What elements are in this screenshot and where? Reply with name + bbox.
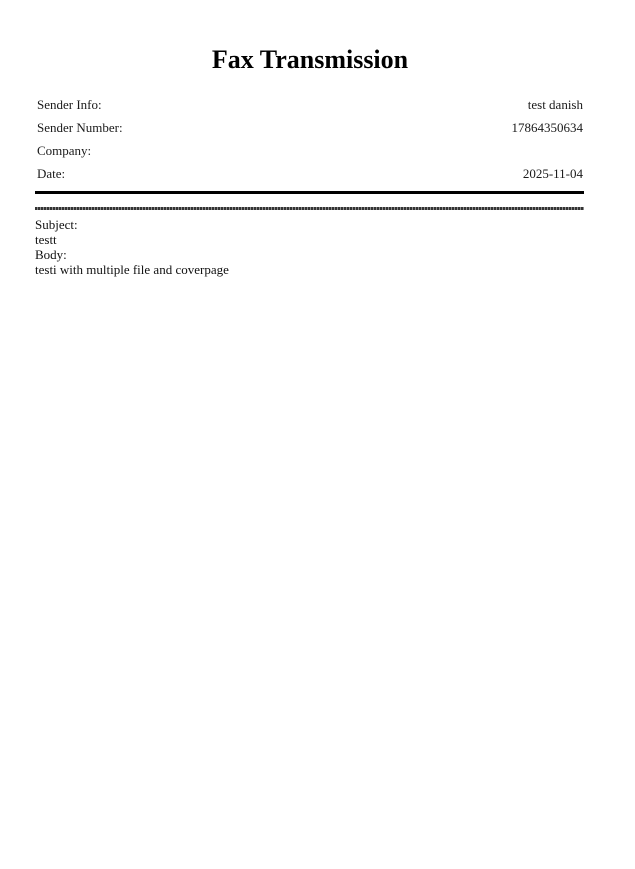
- date-value: 2025-11-04: [523, 164, 583, 184]
- message-section: Subject: testt Body: testi with multiple…: [35, 217, 229, 277]
- body-text: testi with multiple file and coverpage: [35, 262, 229, 277]
- sender-number-value: 17864350634: [512, 118, 584, 138]
- message-divider: [35, 207, 584, 210]
- info-row-sender-info: Sender Info: test danish: [37, 95, 583, 118]
- sender-number-label: Sender Number:: [37, 118, 123, 138]
- date-label: Date:: [37, 164, 65, 184]
- subject-text: testt: [35, 232, 229, 247]
- info-row-date: Date: 2025-11-04: [37, 164, 583, 187]
- header-divider: [35, 191, 584, 194]
- company-label: Company:: [37, 141, 91, 161]
- sender-info-label: Sender Info:: [37, 95, 102, 115]
- body-label: Body:: [35, 247, 229, 262]
- fax-cover-page: Fax Transmission Sender Info: test danis…: [0, 0, 635, 869]
- sender-info-table: Sender Info: test danish Sender Number: …: [37, 95, 583, 187]
- info-row-sender-number: Sender Number: 17864350634: [37, 118, 583, 141]
- info-row-company: Company:: [37, 141, 583, 164]
- sender-info-value: test danish: [528, 95, 583, 115]
- page-title: Fax Transmission: [0, 44, 620, 76]
- subject-label: Subject:: [35, 217, 229, 232]
